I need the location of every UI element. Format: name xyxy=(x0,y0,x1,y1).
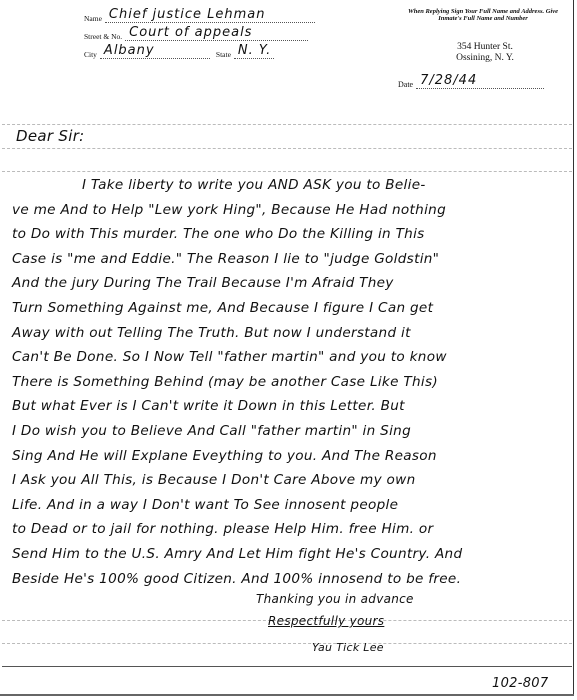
page-border xyxy=(573,0,574,694)
body-line: And the jury During The Trail Because I'… xyxy=(12,271,572,296)
date-field: Date 7/28/44 xyxy=(398,74,544,89)
ruled-line xyxy=(2,124,572,125)
reply-notice: When Replying Sign Your Full Name and Ad… xyxy=(398,8,568,22)
body-line: There is Something Behind (may be anothe… xyxy=(12,370,572,395)
name-field: Name Chief justice Lehman xyxy=(84,8,315,23)
ruled-line xyxy=(2,666,572,667)
street-label: Street & No. xyxy=(84,32,122,41)
name-label: Name xyxy=(84,14,102,23)
date-value: 7/28/44 xyxy=(420,73,477,88)
body-line: ve me And to Help "Lew york Hing", Becau… xyxy=(12,198,572,223)
body-line: to Do with This murder. The one who Do t… xyxy=(12,222,572,247)
body-line: Beside He's 100% good Citizen. And 100% … xyxy=(12,567,572,592)
city-label: City xyxy=(84,50,97,59)
body-line: Send Him to the U.S. Amry And Let Him fi… xyxy=(12,542,572,567)
ruled-line xyxy=(2,643,572,644)
body-line: But what Ever is I Can't write it Down i… xyxy=(12,394,572,419)
body-line: Away with out Telling The Truth. But now… xyxy=(12,321,572,346)
salutation: Dear Sir: xyxy=(16,127,85,145)
bottom-rule xyxy=(0,694,574,696)
state-label: State xyxy=(216,50,231,59)
prison-address: 354 Hunter St. Ossining, N. Y. xyxy=(400,42,570,64)
state-value: N. Y. xyxy=(238,43,271,58)
body-line: Case is "me and Eddie." The Reason I lie… xyxy=(12,247,572,272)
body-line: Turn Something Against me, And Because I… xyxy=(12,296,572,321)
ruled-line xyxy=(2,148,572,149)
date-label: Date xyxy=(398,80,413,89)
body-line: I Ask you All This, is Because I Don't C… xyxy=(12,468,572,493)
name-value: Chief justice Lehman xyxy=(109,7,266,22)
street-value: Court of appeals xyxy=(129,25,252,40)
body-line: I Take liberty to write you AND ASK you … xyxy=(12,173,572,198)
body-line: Sing And He will Explane Eveything to yo… xyxy=(12,444,572,469)
body-line: I Do wish you to Believe And Call "fathe… xyxy=(12,419,572,444)
body-line: to Dead or to jail for nothing. please H… xyxy=(12,517,572,542)
inmate-number: 102-807 xyxy=(492,676,548,691)
letter-body: I Take liberty to write you AND ASK you … xyxy=(12,173,572,591)
ruled-line xyxy=(2,171,572,172)
closing-line: Thanking you in advance xyxy=(256,592,414,606)
address-line: 354 Hunter St. xyxy=(400,42,570,53)
body-line: Life. And in a way I Don't want To See i… xyxy=(12,493,572,518)
city-value: Albany xyxy=(104,43,155,58)
city-state-field: City Albany State N. Y. xyxy=(84,44,274,59)
signature: Yau Tick Lee xyxy=(312,641,384,654)
body-line: Can't Be Done. So I Now Tell "father mar… xyxy=(12,345,572,370)
closing-line: Respectfully yours xyxy=(268,614,384,628)
street-field: Street & No. Court of appeals xyxy=(84,26,308,41)
letter-page: Name Chief justice Lehman Street & No. C… xyxy=(0,0,577,700)
address-line: Ossining, N. Y. xyxy=(400,53,570,64)
